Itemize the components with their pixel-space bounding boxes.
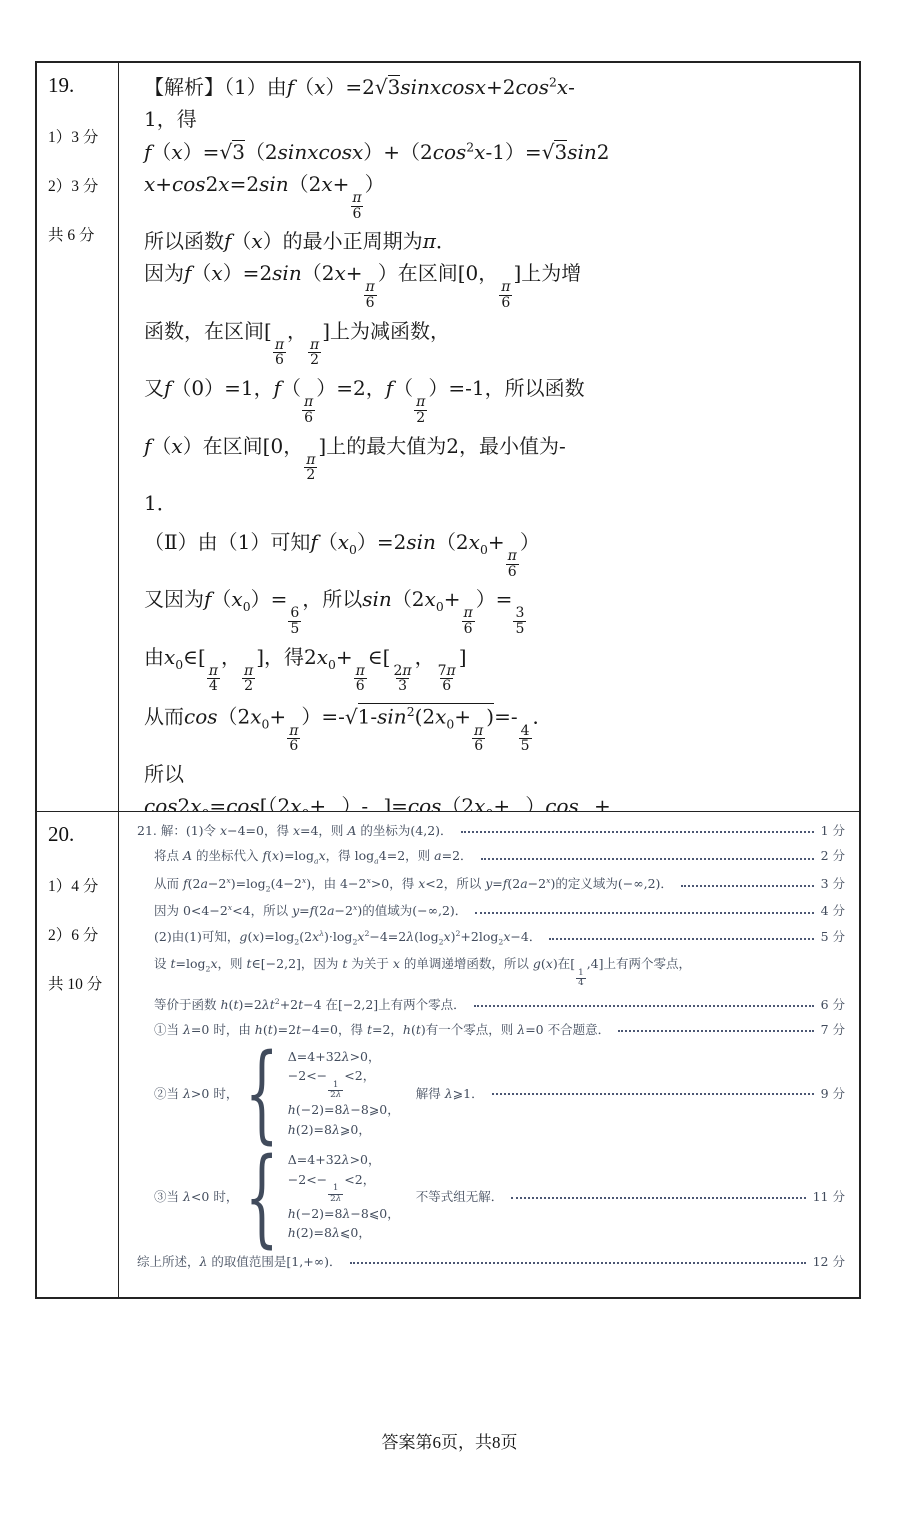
dotted-leader [474,1002,814,1007]
solution-19-line-9: f（x）在区间[0，π2]上的最大值为2，最小值为- [144,435,851,483]
solution-19-line-3: f（x）=√3（2sinxcosx）+（2cos2x-1）=√3sin2 [144,140,851,164]
solution-text: 将点 A 的坐标代入 f(x)=logax，得 loga4=2，则 a=2． [154,846,473,868]
solution-19-line-1: 【解析】（1）由f（x）=2√3sinxcosx+2cos2x- [144,75,851,99]
solution-20-line-5: (2)由(1)可知，g(x)=log2(2xλ)·log2x2−4=2λ(log… [154,927,845,949]
solution-19-line-12: 又因为f（x0）=65，所以sin（2x0+π6）=35 [144,588,851,636]
solution-20-case-9: ②当 λ>0 时，{Δ=4+32λ>0，−2<−12λ<2，h(−2)=8λ−8… [154,1045,845,1140]
case-label: ③当 λ<0 时， [154,1187,238,1205]
dotted-leader [475,909,813,914]
solution-19-line-5: 所以函数f（x）的最小正周期为π． [144,230,851,253]
solution-text: 等价于函数 h(t)=2λt2+2t−4 在[−2,2]上有两个零点． [154,995,466,1014]
solution-text: 设 t=log2x，则 t∈[−2,2]，因为 t 为关于 x 的单调递增函数，… [154,954,691,988]
system-brace: { [245,1149,279,1244]
solution-text: 因为 0<4−2x<4，所以 y=f(2a−2x)的值域为(−∞,2)． [154,901,467,920]
solution-text: 从而 f(2a−2x)=log2(4−2x)，由 4−2x>0，得 x<2，所以… [154,874,673,896]
dotted-leader [350,1259,806,1264]
solution-19-line-2: 1，得 [144,108,851,131]
dotted-leader [492,1090,814,1095]
question-19-score-list: 1）3 分2）3 分共 6 分 [48,125,116,245]
page-footer: 答案第6页，共8页 [0,1428,899,1453]
solution-20-line-11: 综上所述，λ 的取值范围是[1,+∞)．12 分 [137,1252,845,1271]
system-line-4: h(2)=8λ⩾0， [288,1120,400,1139]
system-line-2: −2<−12λ<2， [288,1170,400,1204]
system-line-2: −2<−12λ<2， [288,1066,400,1100]
system-line-3: h(−2)=8λ−8⩽0， [288,1204,400,1223]
solution-19-line-10: 1． [144,492,851,515]
system-line-4: h(2)=8λ⩽0， [288,1223,400,1242]
score-label-1: 1）4 分 [48,874,116,896]
system-line-1: Δ=4+32λ>0， [288,1150,400,1169]
solution-19-line-4: x+cos2x=2sin（2x+π6） [144,173,851,221]
question-20-solution: 21. 解：(1)令 x−4=0，得 x=4，则 A 的坐标为(4,2)．1 分… [119,812,859,1297]
system-line-1: Δ=4+32λ>0， [288,1047,400,1066]
solution-20-line-7: 等价于函数 h(t)=2λt2+2t−4 在[−2,2]上有两个零点．6 分 [154,995,845,1014]
solution-19-line-11: （Ⅱ）由（1）可知f（x0）=2sin（2x0+π6） [144,531,851,579]
dotted-leader [618,1027,813,1032]
score-label-2: 2）6 分 [48,923,116,945]
score-label-3: 共 6 分 [48,223,116,245]
solution-19-line-16: cos2x0=cos[（2x0+π6）-π6]=cos（2x0+π6）cosπ6… [144,795,851,811]
dotted-leader [461,828,814,833]
solution-20-line-6: 设 t=log2x，则 t∈[−2,2]，因为 t 为关于 x 的单调递增函数，… [154,954,845,988]
solution-text: 21. 解：(1)令 x−4=0，得 x=4，则 A 的坐标为(4,2)． [137,821,453,840]
dotted-leader [511,1194,805,1199]
solution-19-line-8: 又f（0）=1，f（π6）=2，f（π2）=-1，所以函数 [144,377,851,425]
score-mark: 2 分 [821,846,845,865]
score-label-3: 共 10 分 [48,972,116,994]
solution-19-line-14: 从而cos（2x0+π6）=-√1-sin2(2x0+π6)=-45． [144,703,851,754]
question-19-solution: 【解析】（1）由f（x）=2√3sinxcosx+2cos2x-1，得f（x）=… [119,63,859,811]
solution-text: (2)由(1)可知，g(x)=log2(2xλ)·log2x2−4=2λ(log… [154,927,541,949]
system-line-3: h(−2)=8λ−8⩾0， [288,1100,400,1119]
question-19-number: 19. [48,73,116,98]
question-20-number: 20. [48,822,116,847]
question-19-meta-cell: 19. 1）3 分2）3 分共 6 分 [37,63,119,811]
score-mark: 4 分 [821,901,845,920]
solution-19-line-7: 函数，在区间[π6，π2]上为减函数， [144,320,851,368]
answers-table: 19. 1）3 分2）3 分共 6 分 【解析】（1）由f（x）=2√3sinx… [35,61,861,1299]
score-mark: 1 分 [821,821,845,840]
solution-19-line-6: 因为f（x）=2sin（2x+π6）在区间[0，π6]上为增 [144,262,851,310]
score-mark: 12 分 [813,1252,845,1271]
solution-19-line-13: 由x0∈[π4，π2]，得2x0+π6∈[2π3，7π6] [144,646,851,694]
score-label-2: 2）3 分 [48,174,116,196]
solution-20-line-1: 21. 解：(1)令 x−4=0，得 x=4，则 A 的坐标为(4,2)．1 分 [137,821,845,840]
system-brace: { [245,1045,279,1140]
dotted-leader [681,882,814,887]
case-conclusion: 不等式组无解． [416,1187,504,1205]
solution-20-line-3: 从而 f(2a−2x)=log2(4−2x)，由 4−2x>0，得 x<2，所以… [154,874,845,896]
score-mark: 3 分 [821,874,845,893]
dotted-leader [481,855,814,860]
case-label: ②当 λ>0 时， [154,1084,238,1102]
solution-19-line-15: 所以 [144,763,851,786]
score-mark: 11 分 [813,1187,845,1205]
solution-20-line-2: 将点 A 的坐标代入 f(x)=logax，得 loga4=2，则 a=2．2 … [154,846,845,868]
score-label-1: 1）3 分 [48,125,116,147]
case-conclusion: 解得 λ⩾1． [416,1084,484,1102]
solution-20-case-10: ③当 λ<0 时，{Δ=4+32λ>0，−2<−12λ<2，h(−2)=8λ−8… [154,1149,845,1244]
inequality-system: Δ=4+32λ>0，−2<−12λ<2，h(−2)=8λ−8⩾0，h(2)=8λ… [288,1047,400,1139]
score-mark: 6 分 [821,995,845,1014]
solution-20-line-4: 因为 0<4−2x<4，所以 y=f(2a−2x)的值域为(−∞,2)．4 分 [154,901,845,920]
question-20-score-list: 1）4 分2）6 分共 10 分 [48,874,116,994]
question-20-meta-cell: 20. 1）4 分2）6 分共 10 分 [37,812,119,1297]
inequality-system: Δ=4+32λ>0，−2<−12λ<2，h(−2)=8λ−8⩽0，h(2)=8λ… [288,1150,400,1242]
score-mark: 9 分 [821,1084,845,1102]
score-mark: 7 分 [821,1020,845,1039]
dotted-leader [549,935,813,940]
score-mark: 5 分 [821,927,845,946]
solution-text: ①当 λ=0 时，由 h(t)=2t−4=0，得 t=2，h(t)有一个零点，则… [154,1020,610,1039]
question-20-row: 20. 1）4 分2）6 分共 10 分 21. 解：(1)令 x−4=0，得 … [37,811,859,1297]
question-19-row: 19. 1）3 分2）3 分共 6 分 【解析】（1）由f（x）=2√3sinx… [37,63,859,811]
solution-text: 综上所述，λ 的取值范围是[1,+∞)． [137,1252,342,1271]
